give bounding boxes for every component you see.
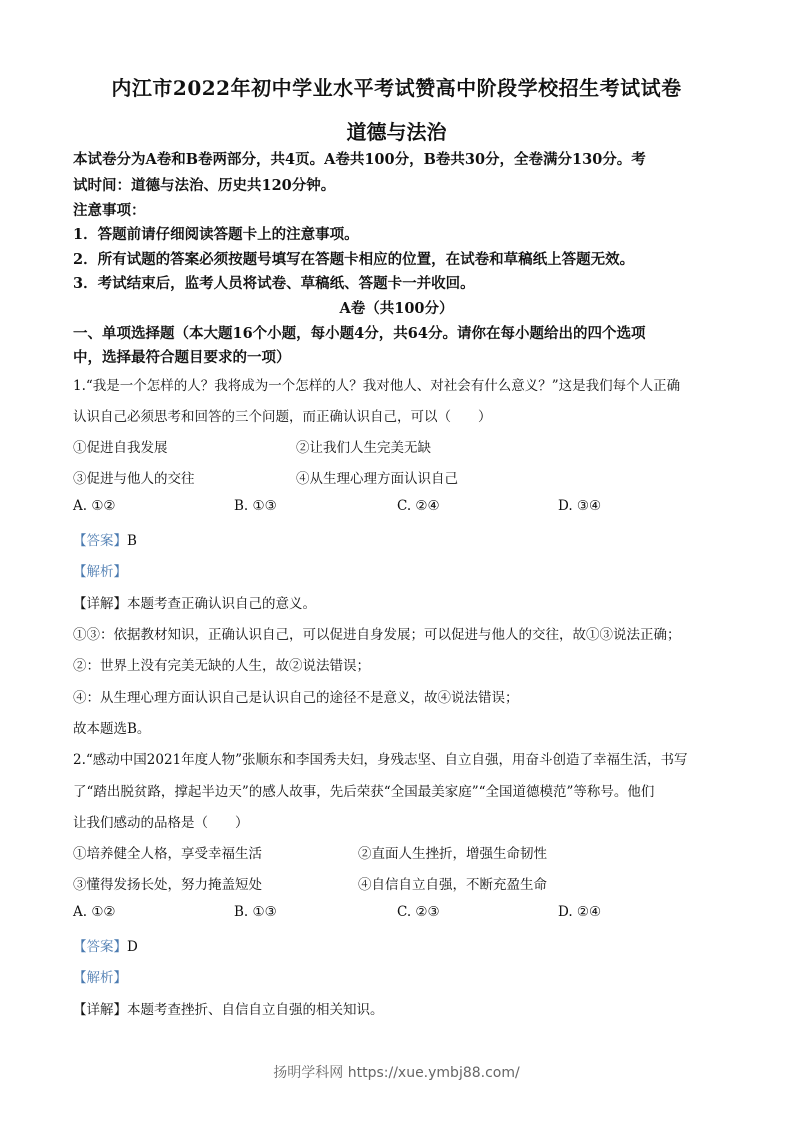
question-1-stem: 1.“我是一个怎样的人？我将成为一个怎样的人？我对他人、对社会有什么意义？”这是… [73,374,680,394]
detail-line: ④：从生理心理方面认识自己是认识自己的途径不是意义，故④说法错误； [73,686,519,706]
option-a: A. ①② [73,904,116,920]
part1-heading-line-1: 一、单项选择题（本大题16个小题，每小题4分，共64分。请你在每小题给出的四个选… [73,322,645,343]
detail-line: 【详解】本题考查正确认识自己的意义。 [73,592,316,612]
statement: ①促进自我发展 [73,436,168,456]
statement: ②直面人生挫折，增强生命韧性 [358,842,547,862]
analysis-label: 【解析】 [73,560,127,580]
question-2-stem: 2.“感动中国2021年度人物”张顺东和李国秀夫妇，身残志坚、自立自强，用奋斗创… [73,748,688,768]
statement: ③促进与他人的交往 [73,467,195,487]
answer-row: 【答案】B [73,529,137,549]
option-c: C. ②③ [397,904,440,920]
detail-line: 故本题选B。 [73,717,150,737]
answer-label: 【答案】 [73,533,127,549]
option-b: B. ①③ [234,498,277,514]
option-c: C. ②④ [397,498,440,514]
answer-value: D [127,939,138,955]
answer-row: 【答案】D [73,935,138,955]
exam-page: 内江市2022年初中学业水平考试赞高中阶段学校招生考试试卷 道德与法治 本试卷分… [0,0,793,1122]
option-d: D. ③④ [558,498,601,514]
notice-item: 2．所有试题的答案必须按题号填写在答题卡相应的位置，在试卷和草稿纸上答题无效。 [73,248,634,269]
footer-watermark: 扬明学科网 https://xue.ymbj88.com/ [0,1062,793,1082]
section-a-heading: A卷（共100分） [0,297,793,318]
question-2-stem: 让我们感动的品格是（ ） [73,811,249,831]
answer-label: 【答案】 [73,939,127,955]
notice-item: 1．答题前请仔细阅读答题卡上的注意事项。 [73,223,359,244]
notice-item: 3．考试结束后，监考人员将试卷、草稿纸、答题卡一并收回。 [73,272,475,293]
statement: ④自信自立自强，不断充盈生命 [358,873,547,893]
statement: ④从生理心理方面认识自己 [296,467,458,487]
detail-line: ②：世界上没有完美无缺的人生，故②说法错误； [73,654,370,674]
detail-line: ①③：依据教材知识，正确认识自己，可以促进自身发展；可以促进与他人的交往，故①③… [73,623,681,643]
analysis-label: 【解析】 [73,966,127,986]
question-1-stem: 认识自己必须思考和回答的三个问题，而正确认识自己，可以（ ） [73,405,492,425]
statement: ③懂得发扬长处，努力掩盖短处 [73,873,262,893]
statement: ①培养健全人格，享受幸福生活 [73,842,262,862]
intro-line-2: 试时间：道德与法治、历史共120分钟。 [73,174,335,195]
option-d: D. ②④ [558,904,601,920]
option-b: B. ①③ [234,904,277,920]
statement: ②让我们人生完美无缺 [296,436,431,456]
detail-line: 【详解】本题考查挫折、自信自立自强的相关知识。 [73,998,384,1018]
option-a: A. ①② [73,498,116,514]
subject-title: 道德与法治 [0,116,793,145]
exam-title: 内江市2022年初中学业水平考试赞高中阶段学校招生考试试卷 [0,72,793,101]
answer-value: B [127,533,137,549]
part1-heading-line-2: 中，选择最符合题目要求的一项） [73,346,291,367]
notice-heading: 注意事项： [73,199,146,220]
question-2-stem: 了“踏出脱贫路，撑起半边天”的感人故事，先后荣获“全国最美家庭”“全国道德模范”… [73,780,654,800]
intro-line-1: 本试卷分为A卷和B卷两部分，共4页。A卷共100分，B卷共30分，全卷满分130… [73,148,646,169]
